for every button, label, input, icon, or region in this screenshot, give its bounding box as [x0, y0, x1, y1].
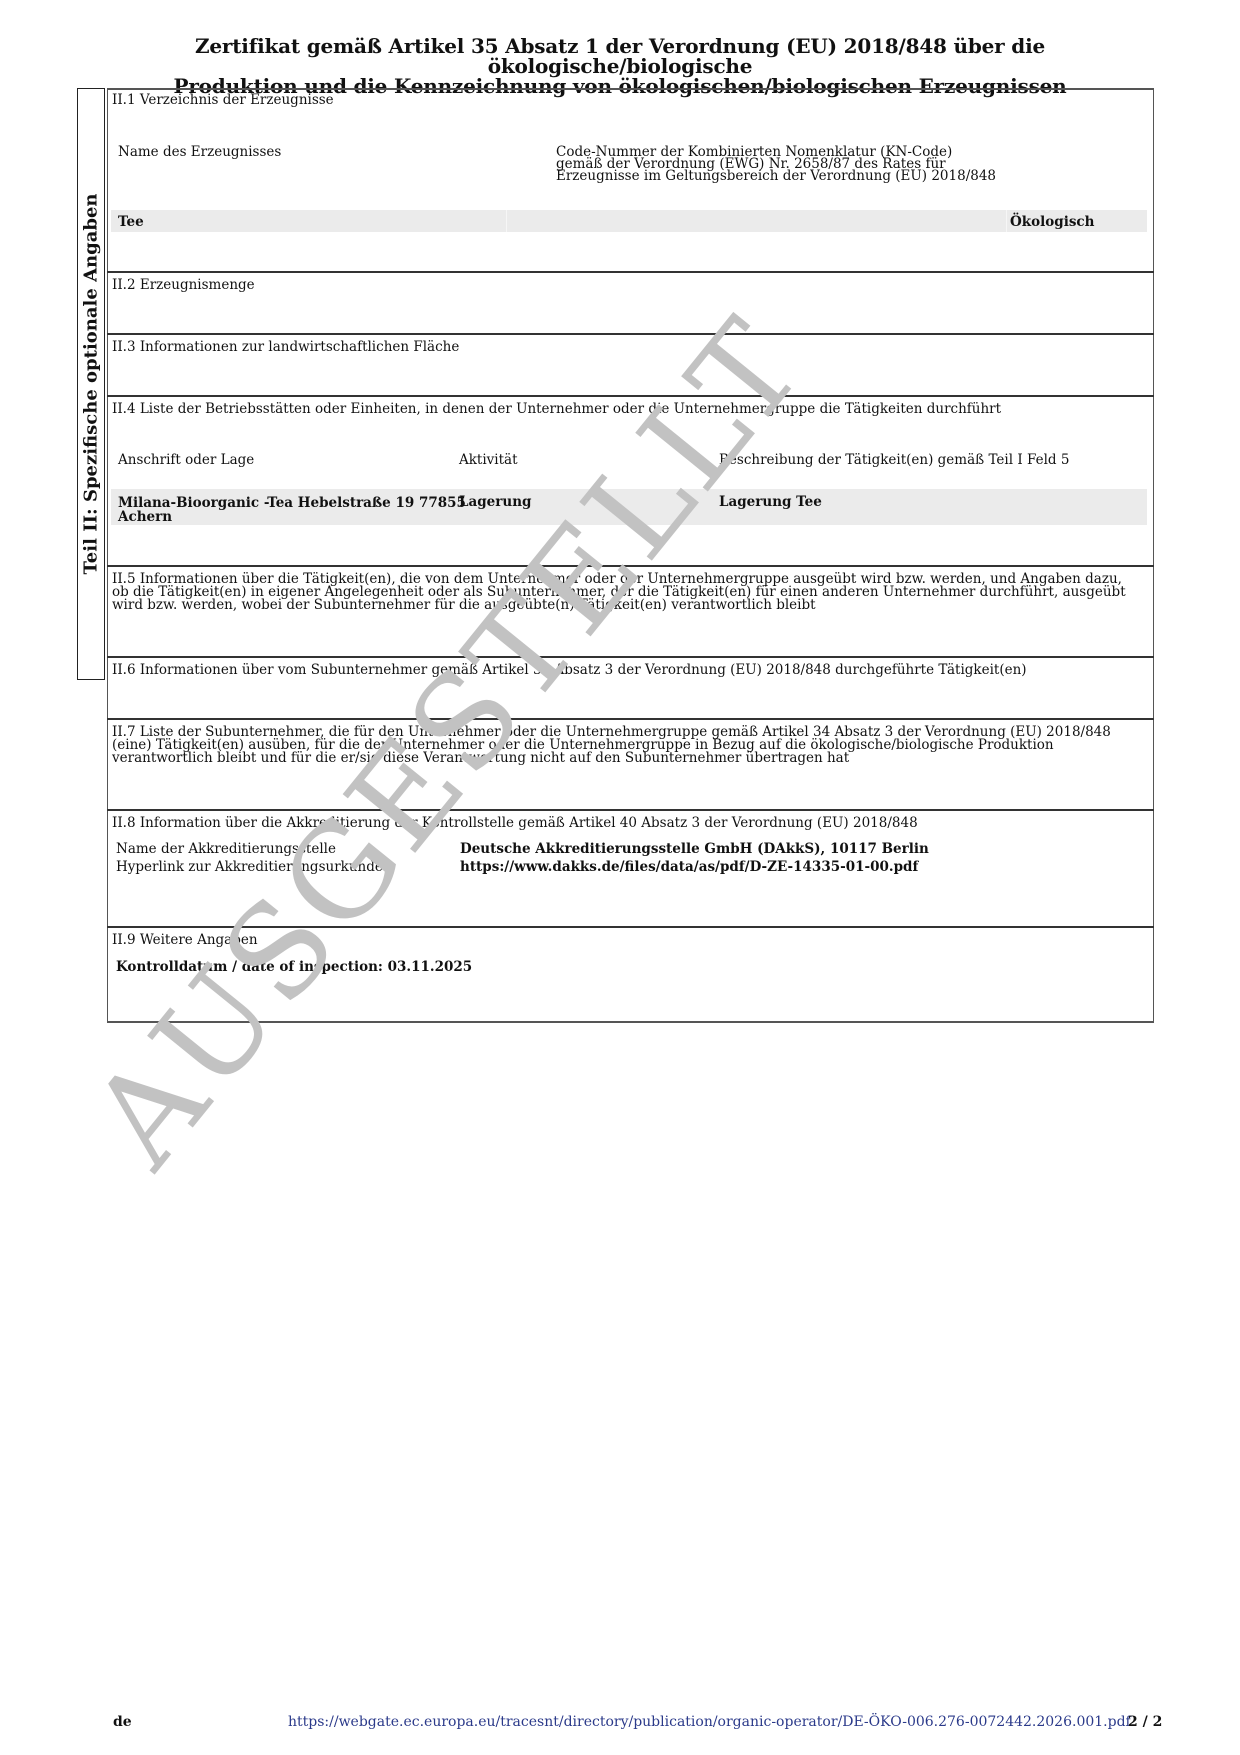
section-ii-6: II.6 Informationen über vom Subunternehm…	[107, 658, 1154, 720]
product-status: Ökologisch	[1010, 216, 1094, 228]
section-ii-2: II.2 Erzeugnismenge	[107, 273, 1154, 335]
footer-language: de	[113, 1714, 132, 1730]
site-description: Lagerung Tee	[719, 496, 822, 508]
cn-code-line-3: Erzeugnisse im Geltungsbereich der Veror…	[556, 170, 996, 182]
inspection-date: Kontrolldatum / date of inspection: 03.1…	[116, 961, 472, 973]
section-heading: II.4 Liste der Betriebsstätten oder Einh…	[112, 403, 1144, 416]
site-row: Milana-Bioorganic -Tea Hebelstraße 19 77…	[111, 489, 1147, 525]
heading-line-3: wird bzw. werden, wobei der Subunternehm…	[112, 599, 1144, 612]
section-ii-4: II.4 Liste der Betriebsstätten oder Einh…	[107, 397, 1154, 567]
product-name: Tee	[118, 216, 144, 228]
heading-line-3: verantwortlich bleibt und für die er/sie…	[112, 752, 1144, 765]
document-title: Zertifikat gemäß Artikel 35 Absatz 1 der…	[60, 36, 1180, 96]
footer-page-number: 2 / 2	[1128, 1714, 1162, 1730]
section-ii-7: II.7 Liste der Subunternehmer, die für d…	[107, 720, 1154, 811]
part-two-side-panel: Teil II: Spezifische optionale Angaben	[77, 88, 105, 680]
section-heading: II.8 Information über die Akkreditierung…	[112, 817, 1144, 830]
section-heading: II.3 Informationen zur landwirtschaftlic…	[112, 341, 1144, 354]
section-heading: II.1 Verzeichnis der Erzeugnisse	[112, 94, 1144, 107]
accreditation-body-label: Name der Akkreditierungsstelle	[116, 843, 336, 855]
footer-url[interactable]: https://webgate.ec.europa.eu/tracesnt/di…	[288, 1714, 1131, 1730]
accreditation-link[interactable]: https://www.dakks.de/files/data/as/pdf/D…	[460, 861, 918, 873]
side-label: Teil II: Spezifische optionale Angaben	[81, 193, 102, 574]
section-ii-3: II.3 Informationen zur landwirtschaftlic…	[107, 335, 1154, 397]
accreditation-link-label: Hyperlink zur Akkreditierungsurkunde	[116, 861, 383, 873]
column-header-description: Beschreibung der Tätigkeit(en) gemäß Tei…	[719, 454, 1069, 466]
product-row: Tee Ökologisch	[111, 210, 1147, 232]
column-header-address: Anschrift oder Lage	[118, 454, 254, 466]
column-header-activity: Aktivität	[459, 454, 518, 466]
site-activity: Lagerung	[459, 496, 531, 508]
column-header-product-name: Name des Erzeugnisses	[118, 146, 281, 158]
section-heading: II.6 Informationen über vom Subunternehm…	[112, 664, 1144, 677]
site-address: Milana-Bioorganic -Tea Hebelstraße 19 77…	[118, 496, 466, 524]
section-ii-9: II.9 Weitere Angaben Kontrolldatum / dat…	[107, 928, 1154, 1023]
section-ii-8: II.8 Information über die Akkreditierung…	[107, 811, 1154, 928]
site-address-line-2: Achern	[118, 510, 466, 524]
site-address-line-1: Milana-Bioorganic -Tea Hebelstraße 19 77…	[118, 496, 466, 510]
title-line-1: Zertifikat gemäß Artikel 35 Absatz 1 der…	[60, 36, 1180, 76]
section-ii-1: II.1 Verzeichnis der Erzeugnisse Name de…	[107, 88, 1154, 273]
accreditation-body-value: Deutsche Akkreditierungsstelle GmbH (DAk…	[460, 843, 929, 855]
section-heading: II.9 Weitere Angaben	[112, 934, 1144, 947]
section-heading: II.7 Liste der Subunternehmer, die für d…	[112, 726, 1144, 765]
section-heading: II.2 Erzeugnismenge	[112, 279, 1144, 292]
section-ii-5: II.5 Informationen über die Tätigkeit(en…	[107, 567, 1154, 658]
section-heading: II.5 Informationen über die Tätigkeit(en…	[112, 573, 1144, 612]
column-header-cn-code: Code-Nummer der Kombinierten Nomenklatur…	[556, 146, 996, 182]
